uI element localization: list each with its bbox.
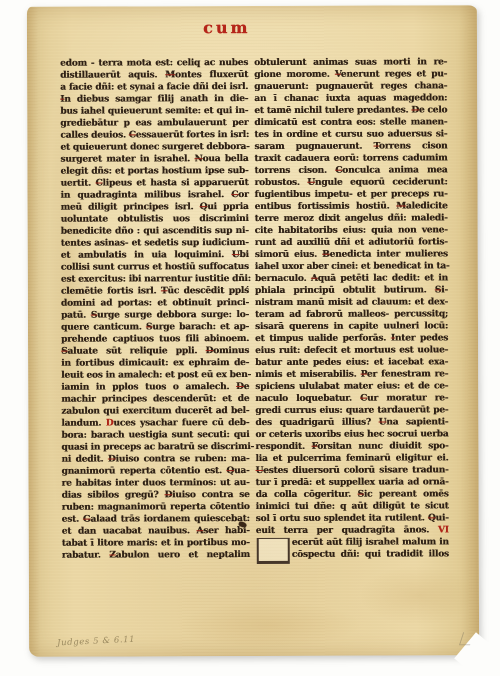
- text-line: nimis et miserabilis. Per fenestram re-: [255, 368, 448, 381]
- text-line: euit terra per quadragīta ānos. VI: [256, 524, 449, 537]
- text-column-left: edom - terra mota est: celiq ac nubesdis…: [60, 57, 250, 562]
- text-line: da colla cōgeritur. Sic pereant omēs: [256, 488, 449, 501]
- text-line: et quieuerunt donec surgeret debbora-: [60, 141, 248, 154]
- text-line: dias sibilos gregū? Diuiso contra se: [62, 489, 250, 502]
- text-line: iamin in pplos tuos o amalech. De: [61, 381, 249, 394]
- text-line: calles deuios. Cessauerūt fortes in isrl…: [60, 129, 248, 142]
- text-line: bora: barach uestigia sunt secuti: qui: [61, 429, 249, 442]
- text-line: domini ad portas: et obtinuit princi-: [61, 297, 249, 310]
- text-line: et tamē nichil tulere predantes. De celo: [254, 104, 447, 117]
- text-line: gredi currus eius: quare tardauerūt pe-: [255, 404, 448, 417]
- text-line: traxit cadauera eorū: torrens cadumim: [254, 152, 447, 165]
- text-line: des quadrigarū illius? Una sapienti-: [255, 416, 448, 429]
- text-line: spiciens ululabat mater eius: et de ce-: [255, 380, 448, 393]
- text-line: patū. Surge surge debbora surge: lo-: [61, 309, 249, 322]
- rubric-text: D: [106, 418, 114, 428]
- text-line: or ceteris uxoribs eius hec socrui uerba: [255, 428, 448, 441]
- text-line: saram pugnauerunt. Torrens cison: [254, 140, 447, 153]
- text-line: sol ī ortu suo splendet ita rutilent. Qu…: [256, 512, 449, 525]
- text-line: et dan uacabat nauibus. Aser habi-: [62, 525, 250, 538]
- text-line: uoluntate obtulistis uos discrimini: [61, 213, 249, 226]
- text-line: bernaculo. Aquā petēti lac dedit: et in: [255, 272, 448, 285]
- text-line: gnauerunt: pugnauerūt reges chana-: [254, 80, 447, 93]
- text-line: an ī chanac iuxta aquas mageddon:: [254, 92, 447, 105]
- text-line: terre meroz dixit angelus dñi: maledi-: [255, 212, 448, 225]
- text-line: nistram manū misit ad clauum: et dex-: [255, 296, 448, 309]
- text-line: fugientibus impetu- et per preceps ru-: [255, 188, 448, 201]
- text-line: ruben: magnanimorū reperta cōtentio: [62, 501, 250, 514]
- paper-stain: [359, 565, 479, 625]
- text-line: iahel uxor aber cinei: et benedicat in t…: [255, 260, 448, 273]
- text-line: bus iahel quieuerunt semite: et qui in-: [60, 105, 248, 118]
- text-line: naculo loquebatur. Cur moratur re-: [255, 392, 448, 405]
- text-line: Uestes diuersorū colorū sisare tradun-: [255, 464, 448, 477]
- text-line: ni dedit. Diuiso contra se ruben: ma-: [61, 453, 249, 466]
- text-line: entibus fortissimis hostiū. Maledicite: [255, 200, 448, 213]
- text-column-right: obtulerunt animas suas morti in re-gione…: [254, 56, 449, 561]
- text-line: quere canticum. Surge barach: et ap-: [61, 321, 249, 334]
- text-line: lia et pulcerrima feminarū eligitur ei.: [255, 452, 448, 465]
- rubric-text: VI: [438, 525, 449, 535]
- text-line: tur ī predā: et suppellex uaria ad ornā-: [256, 476, 449, 489]
- text-line: est exercitus: ibi narrentur iustitie dñ…: [61, 273, 249, 286]
- text-line: machir principes descenderūt: et de: [61, 393, 249, 406]
- running-title: cum: [203, 18, 303, 37]
- text-line: robustos. Ungule equorū ceciderunt:: [254, 176, 447, 189]
- chapter-initial-space: [257, 538, 290, 564]
- text-line: batur ante pedes eius: et iacebat exa-: [255, 356, 448, 369]
- text-line: quasi in preceps ac baratrū se discrimi-: [61, 441, 249, 454]
- text-line: cite habitatoribs eius: quia non vene-: [255, 224, 448, 237]
- text-line: re habitas inter duos terminos: ut au-: [62, 477, 250, 490]
- text-line: et timpus ualide perforās. Inter pedes: [255, 332, 448, 345]
- paper-stain: [179, 602, 359, 649]
- text-line: inimici tui dñe: q aūt diligūt te sicut: [256, 500, 449, 513]
- text-line: edom - terra mota est: celiq ac nubes: [60, 57, 248, 70]
- text-line: dimicatū est contra eos: stelle manen-: [254, 116, 447, 129]
- text-line: in quadraginta milibus israhel. Cor: [61, 189, 249, 202]
- text-line: distillauerūt aquis. Montes fluxerūt: [60, 69, 248, 82]
- text-line: tabat ī litore maris: et in portibus mo-: [62, 537, 250, 550]
- text-line: simorū eius. Benedicta inter mulieres: [255, 248, 448, 261]
- text-line: eius ruit: defecit et mortuus est uolue-: [255, 344, 448, 357]
- text-line: collisi sunt currus et hostiū suffocatus: [61, 261, 249, 274]
- text-line: uertit. Clipeus et hasta si apparuerūt: [60, 177, 248, 190]
- text-line: sisarā querens in capite uulneri locū:: [255, 320, 448, 333]
- text-line: zabulon qui exercitum ducerēt ad bel-: [61, 405, 249, 418]
- text-line: gnanimorū reperta cōtentio est. Qua-: [61, 465, 249, 478]
- text-line: meū diligit principes isrl. Qui ppria: [61, 201, 249, 214]
- text-line: Saluate sūt reliquie ppli. Dominus: [61, 345, 249, 358]
- text-line: grediebātur p eas ambulauerunt per: [60, 117, 248, 130]
- text-line: in fortibus dimicauit: ex ephraim de-: [61, 357, 249, 370]
- text-line: runt ad auxiliū dñi et adiutoriū fortis-: [255, 236, 448, 249]
- text-line: et ambulatis in uia loquimini. Ubi: [61, 249, 249, 262]
- manuscript-leaf: cum edom - terra mota est: celiq ac nube…: [27, 5, 479, 657]
- text-line: In diebus samgar filij anath in die-: [60, 93, 248, 106]
- text-line: landum. Duces ysachar fuere cū deb-: [61, 417, 249, 430]
- text-line: respondit. Forsitan nunc diuidit spo-: [255, 440, 448, 453]
- text-line: clemētie fortis isrl. Tūc descēdit pplś: [61, 285, 249, 298]
- text-line: torrens cison. Conculca anima mea: [254, 164, 447, 177]
- text-line: tes in ordine et cursu suo aduersus si-: [254, 128, 447, 141]
- scan-background: cum edom - terra mota est: celiq ac nube…: [0, 0, 500, 676]
- text-line: prehende captiuos tuos fili abinoem.: [61, 333, 249, 346]
- text-line: tentes asinas- et sedetis sup iudicium-: [61, 237, 249, 250]
- text-line: a facie dñi: et synai a facie dñi dei is…: [60, 81, 248, 94]
- text-line: gione morome. Venerunt reges et pu-: [254, 68, 447, 81]
- text-line: teram ad fabrorū malleos- percussitq;: [255, 308, 448, 321]
- text-block: edom - terra mota est: celiq ac nubesdis…: [60, 56, 449, 561]
- pencil-inscription: Judges 5 & 6.11: [57, 635, 136, 649]
- text-line: surgeret mater in israhel. Noua bella: [60, 153, 248, 166]
- text-line: est. Galaad trās iordanem quiescebat:: [62, 513, 250, 526]
- text-line: phiala principū obtulit butirum. Si-: [255, 284, 448, 297]
- text-line: obtulerunt animas suas morti in re-: [254, 56, 447, 69]
- text-line: benedicite dño : qui ascenditis sup ni-: [61, 225, 249, 238]
- text-line: elegit dñs: et portas hostium ipse sub-: [60, 165, 248, 178]
- text-line: leuit eos in amalech: et post eū ex ben-: [61, 369, 249, 382]
- text-line: rabatur. Zabulon uero et neptalim: [62, 549, 250, 562]
